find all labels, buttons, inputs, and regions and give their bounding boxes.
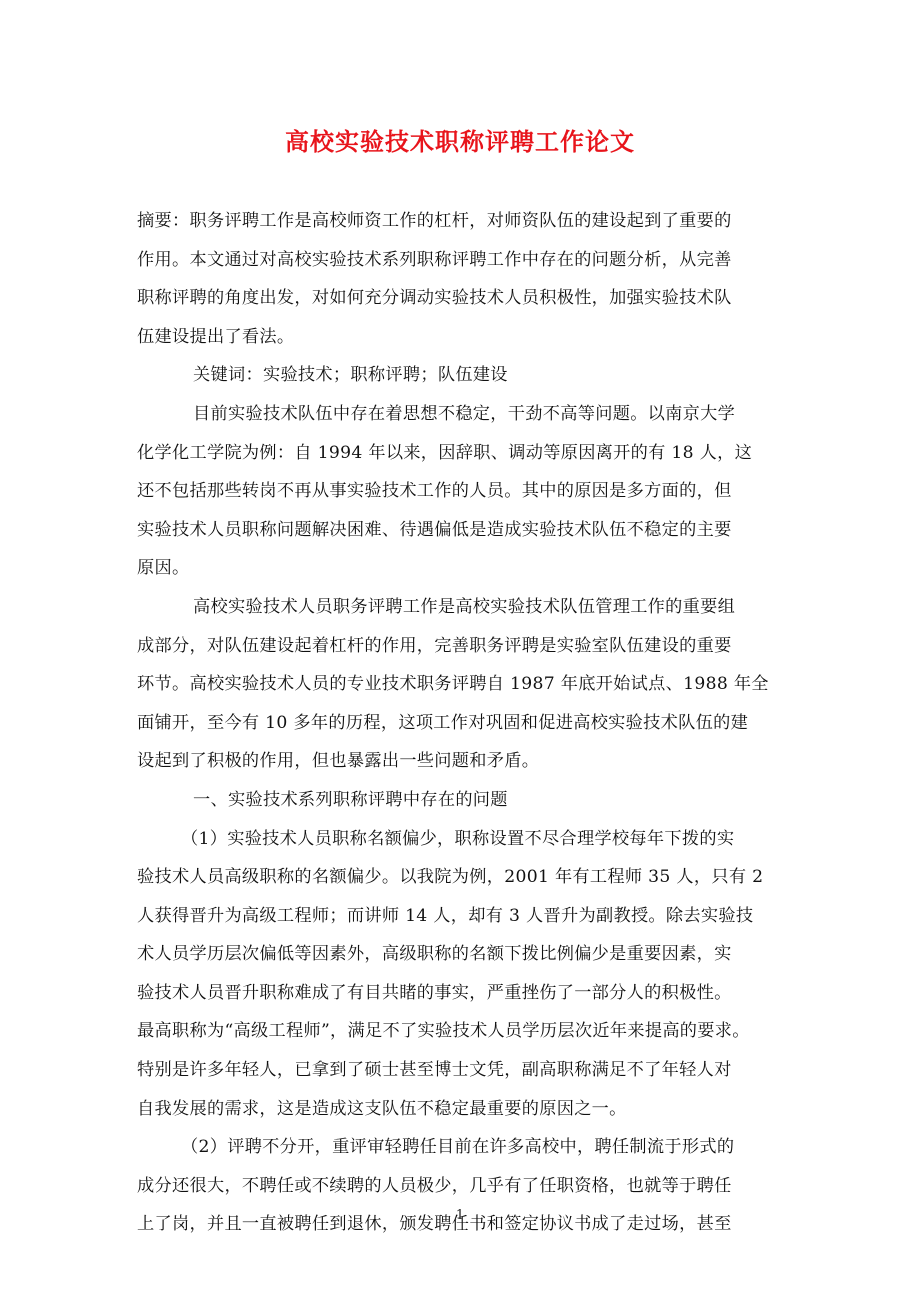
page-number: 1 — [0, 1208, 920, 1223]
text-line: 验技术人员高级职称的名额偏少。以我院为例，2001 年有工程师 35 人，只有 … — [137, 858, 797, 897]
text-line: 术人员学历层次偏低等因素外，高级职称的名额下拨比例偏少是重要因素，实 — [137, 935, 797, 974]
text-line: 环节。高校实验技术人员的专业技术职务评聘自 1987 年底开始试点、1988 年… — [137, 665, 797, 704]
text-line: 最高职称为“高级工程师”，满足不了实验技术人员学历层次近年来提高的要求。 — [137, 1012, 797, 1051]
document-title: 高校实验技术职称评聘工作论文 — [0, 124, 920, 160]
text-line: 面铺开，至今有 10 多年的历程，这项工作对巩固和促进高校实验技术队伍的建 — [137, 704, 797, 743]
text-line: 高校实验技术人员职务评聘工作是高校实验技术队伍管理工作的重要组 — [137, 588, 797, 627]
text-line: 关键词：实验技术；职称评聘；队伍建设 — [137, 356, 797, 395]
text-line: 作用。本文通过对高校实验技术系列职称评聘工作中存在的问题分析，从完善 — [137, 241, 797, 280]
text-line: 摘要：职务评聘工作是高校师资工作的杠杆，对师资队伍的建设起到了重要的 — [137, 202, 797, 241]
text-line: 还不包括那些转岗不再从事实验技术工作的人员。其中的原因是多方面的，但 — [137, 472, 797, 511]
text-line: 验技术人员晋升职称难成了有目共睹的事实，严重挫伤了一部分人的积极性。 — [137, 974, 797, 1013]
text-line: 原因。 — [137, 549, 797, 588]
text-line: （1）实验技术人员职称名额偏少，职称设置不尽合理学校每年下拨的实 — [137, 820, 797, 859]
text-line: 成部分，对队伍建设起着杠杆的作用，完善职务评聘是实验室队伍建设的重要 — [137, 627, 797, 666]
text-line: 人获得晋升为高级工程师；而讲师 14 人，却有 3 人晋升为副教授。除去实验技 — [137, 897, 797, 936]
text-line: 自我发展的需求，这是造成这支队伍不稳定最重要的原因之一。 — [137, 1090, 797, 1129]
document-body: 摘要：职务评聘工作是高校师资工作的杠杆，对师资队伍的建设起到了重要的作用。本文通… — [137, 202, 797, 1244]
document-page: 高校实验技术职称评聘工作论文 摘要：职务评聘工作是高校师资工作的杠杆，对师资队伍… — [0, 0, 920, 1302]
text-line: 特别是许多年轻人，已拿到了硕士甚至博士文凭，副高职称满足不了年轻人对 — [137, 1051, 797, 1090]
text-line: 职称评聘的角度出发，对如何充分调动实验技术人员积极性，加强实验技术队 — [137, 279, 797, 318]
text-line: 设起到了积极的作用，但也暴露出一些问题和矛盾。 — [137, 742, 797, 781]
text-line: 成分还很大，不聘任或不续聘的人员极少，几乎有了任职资格，也就等于聘任 — [137, 1167, 797, 1206]
text-line: 化学化工学院为例：自 1994 年以来，因辞职、调动等原因离开的有 18 人，这 — [137, 434, 797, 473]
text-line: （2）评聘不分开，重评审轻聘任目前在许多高校中，聘任制流于形式的 — [137, 1128, 797, 1167]
text-line: 一、实验技术系列职称评聘中存在的问题 — [137, 781, 797, 820]
text-line: 实验技术人员职称问题解决困难、待遇偏低是造成实验技术队伍不稳定的主要 — [137, 511, 797, 550]
text-line: 伍建设提出了看法。 — [137, 318, 797, 357]
text-line: 目前实验技术队伍中存在着思想不稳定，干劲不高等问题。以南京大学 — [137, 395, 797, 434]
